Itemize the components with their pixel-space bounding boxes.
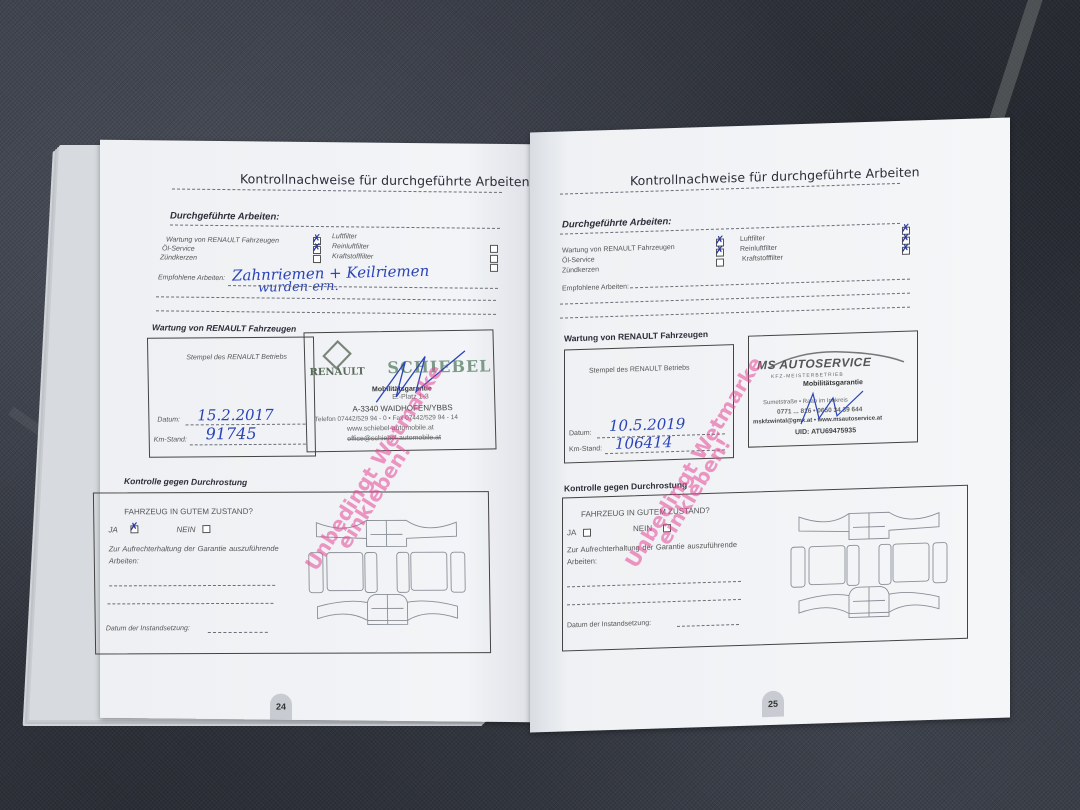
repair-date-line[interactable]: [208, 632, 268, 633]
stamp-dealer-name: MS AUTOSERVICE: [757, 355, 871, 373]
repair-date-label: Datum der Instandsetzung:: [106, 625, 190, 632]
divider: [170, 224, 500, 228]
input-line[interactable]: [560, 293, 910, 305]
checkbox-spark-plugs[interactable]: [716, 258, 724, 266]
rust-check-box: FAHRZEUG IN GUTEM ZUSTAND? JA NEIN Zur A…: [562, 485, 968, 652]
stamp-label: Stempel des RENAULT Betriebs: [186, 354, 287, 362]
date-value: 15.2.2017: [197, 406, 274, 425]
performed-work-label: Durchgeführte Arbeiten:: [170, 210, 279, 222]
page-number: 25: [762, 691, 784, 718]
item-air-filter: Luftfilter: [332, 233, 357, 240]
km-value: 91745: [205, 424, 256, 443]
performed-work-label: Durchgeführte Arbeiten:: [562, 216, 671, 230]
input-line[interactable]: [156, 310, 496, 315]
checkbox-no[interactable]: [202, 525, 210, 533]
date-label: Datum:: [157, 416, 180, 423]
item-air-filter: Luftfilter: [740, 235, 765, 243]
item-renault-maintenance: Wartung von RENAULT Fahrzeugen: [562, 244, 675, 255]
repair-date-label: Datum der Instandsetzung:: [567, 620, 651, 630]
km-label: Km-Stand:: [569, 445, 602, 453]
service-section-label: Wartung von RENAULT Fahrzeugen: [564, 329, 708, 344]
input-line[interactable]: [567, 599, 741, 605]
checkbox-fuel-filter[interactable]: [902, 247, 910, 255]
item-oil-service: Öl-Service: [162, 245, 195, 252]
stamp-label: Stempel des RENAULT Betriebs: [589, 365, 690, 375]
km-label: Km-Stand:: [154, 436, 187, 443]
left-page: Kontrollnachweise für durchgeführte Arbe…: [100, 140, 530, 723]
stamp-brand: RENAULT: [309, 366, 364, 378]
date-label: Datum:: [569, 430, 592, 438]
checkbox-yes[interactable]: [583, 529, 591, 537]
divider: [172, 189, 502, 193]
stamp-phone: Telefon 07442/529 94 - 0 • Fax 07442/529…: [315, 414, 458, 423]
renault-logo-icon: [322, 340, 352, 370]
recommended-work-label: Empfohlene Arbeiten:: [158, 274, 225, 282]
input-line[interactable]: [107, 603, 273, 605]
page-title: Kontrollnachweise für durchgeführte Arbe…: [240, 171, 530, 189]
input-line[interactable]: [567, 581, 741, 587]
item-oil-service: Öl-Service: [562, 257, 595, 265]
input-line[interactable]: [560, 307, 910, 319]
signature: [793, 377, 873, 430]
item-renault-maintenance: Wartung von RENAULT Fahrzeugen: [166, 236, 279, 244]
no-label: NEIN: [176, 525, 195, 534]
checkbox-spark-plugs[interactable]: [313, 255, 321, 263]
input-line[interactable]: [156, 296, 496, 301]
yes-label: JA: [108, 525, 117, 534]
checkbox-air-filter[interactable]: [490, 245, 498, 253]
input-line[interactable]: [109, 585, 275, 587]
item-spark-plugs: Zündkerzen: [562, 266, 599, 274]
condition-question: FAHRZEUG IN GUTEM ZUSTAND?: [124, 507, 253, 516]
recommended-work-label: Empfohlene Arbeiten:: [562, 283, 629, 292]
warranty-text: Zur Aufrechterhaltung der Garantie auszu…: [109, 543, 279, 568]
item-spark-plugs: Zündkerzen: [160, 254, 197, 261]
km-value: 106414: [615, 433, 672, 453]
item-fuel-filter: Kraftstofffilter: [332, 253, 373, 260]
car-body-diagram: [789, 506, 949, 621]
rust-section-label: Kontrolle gegen Durchrostung: [124, 476, 247, 487]
page-title: Kontrollnachweise für durchgeführte Arbe…: [630, 164, 920, 188]
dealer-stamp: MS AUTOSERVICE KFZ-MEISTERBETRIEB Mobili…: [748, 330, 918, 447]
rust-check-box: FAHRZEUG IN GUTEM ZUSTAND? JA NEIN Zur A…: [93, 491, 491, 654]
checkbox-oil-service[interactable]: [716, 248, 724, 256]
item-fuel-filter: Kraftstofffilter: [742, 255, 783, 263]
km-line[interactable]: [190, 444, 306, 446]
date-value: 10.5.2019: [609, 415, 685, 435]
page-number: 24: [270, 694, 292, 720]
repair-date-line[interactable]: [677, 624, 739, 627]
item-cabin-filter: Reinluftfilter: [332, 243, 369, 250]
checkbox-fuel-filter[interactable]: [490, 264, 498, 272]
right-page: Kontrollnachweise für durchgeführte Arbe…: [530, 117, 1010, 732]
service-section-label: Wartung von RENAULT Fahrzeugen: [152, 322, 296, 334]
checkbox-yes[interactable]: [130, 525, 138, 533]
handwritten-recommendation: wurden ern.: [258, 279, 339, 296]
checkbox-oil-service[interactable]: [313, 246, 321, 254]
input-line[interactable]: [630, 279, 910, 289]
item-cabin-filter: Reinluftfilter: [740, 245, 777, 253]
stamp-box: Stempel des RENAULT Betriebs Datum: 15.2…: [147, 337, 316, 458]
checkbox-cabin-filter[interactable]: [490, 255, 498, 263]
yes-label: JA: [567, 528, 576, 537]
